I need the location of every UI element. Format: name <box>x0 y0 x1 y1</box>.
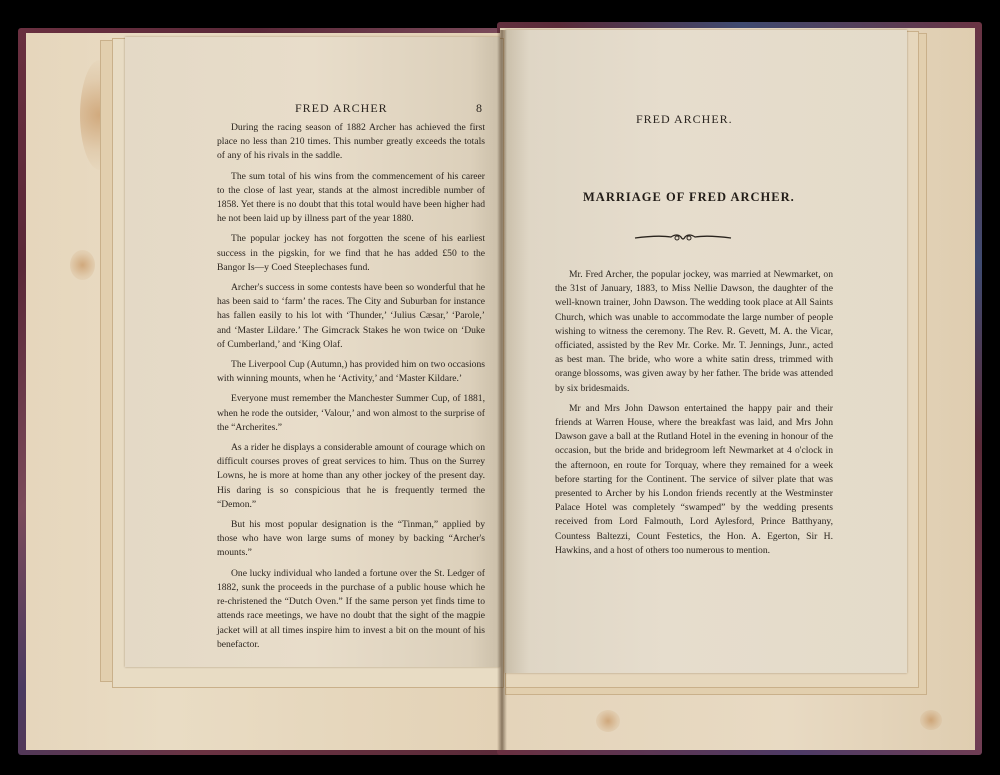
paragraph: Mr and Mrs John Dawson entertained the h… <box>555 402 833 558</box>
book-gutter <box>497 30 507 750</box>
chapter-title: MARRIAGE OF FRED ARCHER. <box>583 190 795 205</box>
left-page-body: During the racing season of 1882 Archer … <box>217 121 485 658</box>
paragraph: Everyone must remember the Manchester Su… <box>217 392 485 435</box>
running-head-left: FRED ARCHER <box>295 101 388 116</box>
flourish-ornament-icon <box>633 230 733 244</box>
paragraph: But his most popular designation is the … <box>217 518 485 561</box>
right-page: FRED ARCHER. MARRIAGE OF FRED ARCHER. Mr… <box>505 30 907 673</box>
paragraph: Archer's success in some contests have b… <box>217 281 485 352</box>
paragraph: Mr. Fred Archer, the popular jockey, was… <box>555 268 833 396</box>
paragraph: The Liverpool Cup (Autumn,) has provided… <box>217 358 485 386</box>
paragraph: During the racing season of 1882 Archer … <box>217 121 485 164</box>
foxing-stain <box>70 250 95 280</box>
right-page-body: Mr. Fred Archer, the popular jockey, was… <box>555 268 833 564</box>
running-head-right: FRED ARCHER. <box>636 112 733 127</box>
page-number: 8 <box>476 101 482 116</box>
paragraph: One lucky individual who landed a fortun… <box>217 567 485 652</box>
foxing-stain <box>920 710 942 730</box>
paragraph: As a rider he displays a considerable am… <box>217 441 485 512</box>
foxing-stain <box>596 710 620 732</box>
paragraph: The popular jockey has not forgotten the… <box>217 232 485 275</box>
paragraph: The sum total of his wins from the comme… <box>217 170 485 227</box>
left-page: FRED ARCHER 8 During the racing season o… <box>125 37 500 667</box>
